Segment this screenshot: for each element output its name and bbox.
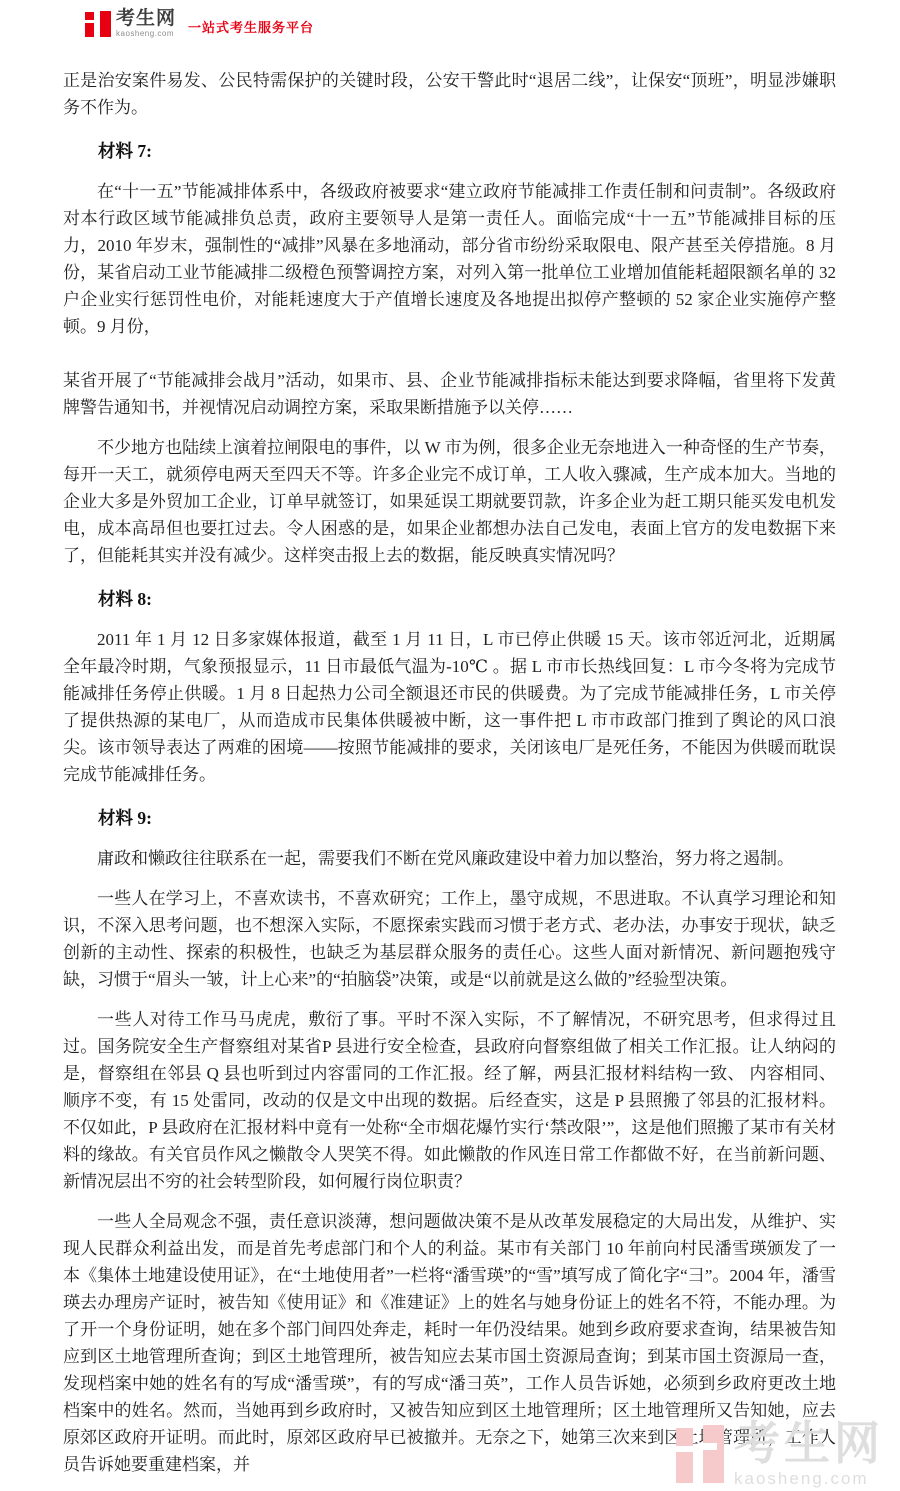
kaosheng-logo: 考生网 kaosheng.com 一站式考生服务平台 [85, 9, 900, 38]
material-8-heading: 材料 8: [98, 586, 836, 613]
document-page: 考生网 kaosheng.com 一站式考生服务平台 正是治安案件易发、公民特需… [0, 0, 900, 1491]
logo-sitename: 考生网 [116, 9, 176, 28]
paragraph-continuation: 正是治安案件易发、公民特需保护的关键时段，公安干警此时“退居二线”，让保安“顶班… [63, 67, 836, 121]
logo-domain: kaosheng.com [116, 30, 176, 38]
material-9-paragraph-4: 一些人全局观念不强，责任意识淡薄，想问题做决策不是从改革发展稳定的大局出发，从维… [63, 1208, 836, 1478]
logo-tagline: 一站式考生服务平台 [188, 17, 314, 38]
document-body: 正是治安案件易发、公民特需保护的关键时段，公安干警此时“退居二线”，让保安“顶班… [63, 67, 836, 1478]
material-7-heading: 材料 7: [98, 138, 836, 165]
material-7-paragraph-2: 某省开展了“节能减排会战月”活动，如果市、县、企业节能减排指标未能达到要求降幅，… [63, 367, 836, 421]
material-9-paragraph-3: 一些人对待工作马马虎虎，敷衍了事。平时不深入实际，不了解情况，不研究思考，但求得… [63, 1006, 836, 1195]
material-8-paragraph-1: 2011 年 1 月 12 日多家媒体报道，截至 1 月 11 日，L 市已停止… [63, 626, 836, 788]
material-9-paragraph-1: 庸政和懒政往往联系在一起，需要我们不断在党风廉政建设中着力加以整治，努力将之遏制… [63, 845, 836, 872]
material-7-paragraph-1: 在“十一五”节能减排体系中，各级政府被要求“建立政府节能减排工作责任制和问责制”… [63, 178, 836, 340]
material-9-heading: 材料 9: [98, 805, 836, 832]
site-header: 考生网 kaosheng.com 一站式考生服务平台 [0, 0, 900, 45]
material-7-paragraph-3: 不少地方也陆续上演着拉闸限电的事件，以 W 市为例，很多企业无奈地进入一种奇怪的… [63, 434, 836, 569]
kaosheng-logo-icon [85, 11, 111, 38]
material-9-paragraph-2: 一些人在学习上，不喜欢读书，不喜欢研究；工作上，墨守成规，不思进取。不认真学习理… [63, 885, 836, 993]
